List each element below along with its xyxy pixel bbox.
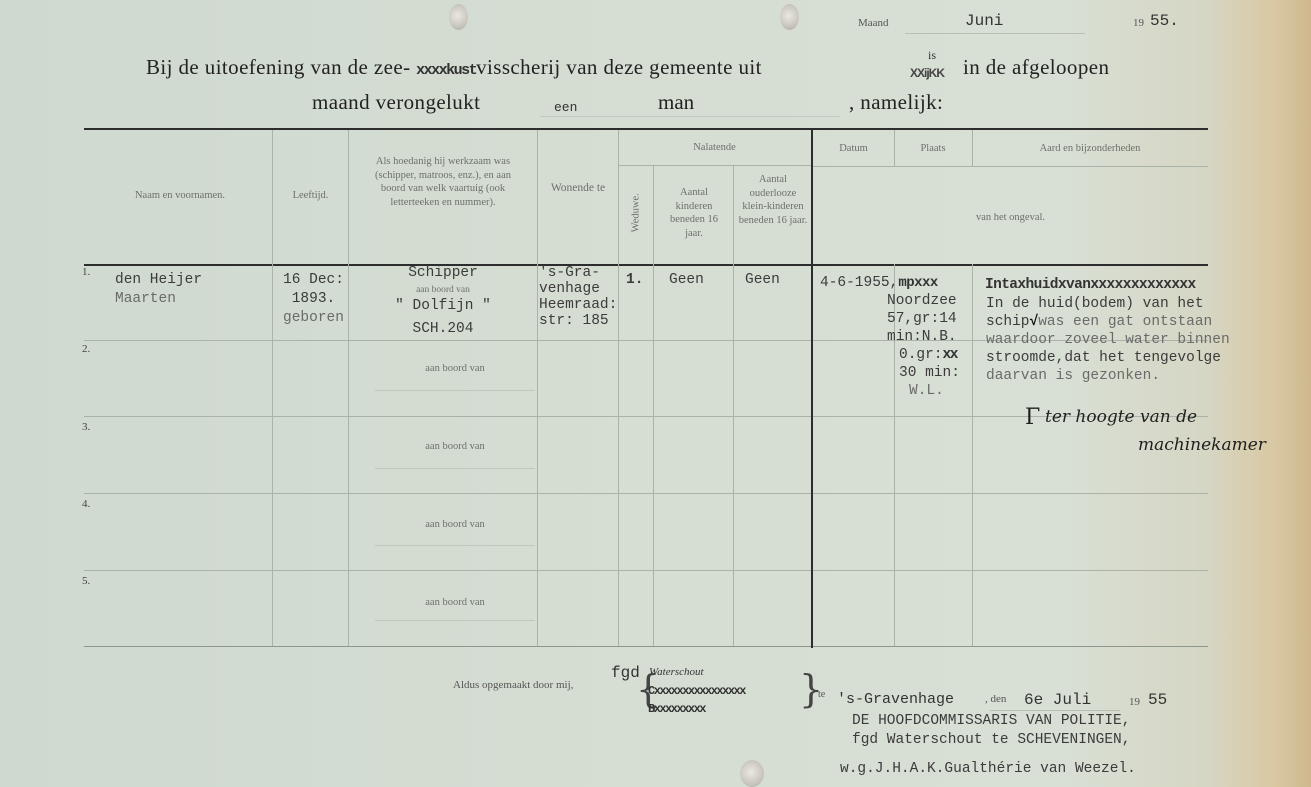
- place-line-6: W.L.: [909, 382, 944, 401]
- handwritten-note-line-2: machinekamer: [1138, 435, 1266, 455]
- widow-count: 1.: [626, 271, 643, 290]
- handwritten-note-line-1: ter hoogte van de: [1045, 407, 1197, 427]
- struck-word-kust: xxxxkust: [416, 62, 476, 79]
- count-value: een: [554, 100, 577, 115]
- place-line-1: Noordzee: [887, 292, 957, 311]
- count-underline: [540, 116, 840, 117]
- is-above: is: [928, 48, 936, 63]
- footer-year-prefix: 19: [1129, 696, 1140, 708]
- month-value: Juni: [965, 12, 1003, 30]
- accident-date: 4-6-1955,mpxxx: [820, 274, 938, 293]
- header-wonende: Wonende te: [545, 176, 611, 200]
- aan-boord-label-3: aan boord van: [350, 440, 560, 454]
- grandchildren-count: Geen: [745, 271, 780, 290]
- description-line-2: schip√was een gat ontstaan: [986, 313, 1212, 332]
- signature-line-2: fgd Waterschout te SCHEVENINGEN,: [852, 731, 1130, 750]
- struck-place-suffix: xx: [943, 347, 957, 363]
- description-line-5: daarvan is gezonken.: [986, 367, 1160, 386]
- row-number-4: 4.: [82, 498, 90, 510]
- header-kleinkinderen: Aantal ouderlooze klein-kinderen beneden…: [737, 173, 809, 227]
- aan-boord-label-2: aan boord van: [350, 362, 560, 376]
- description-line-2b: was een gat ontstaan: [1038, 314, 1212, 330]
- handwritten-note-mark: Γ: [1025, 405, 1040, 430]
- month-underline: [905, 33, 1085, 34]
- struck-word-zijn: XXijKK: [910, 66, 944, 80]
- footer-date: 6e Juli: [1024, 691, 1091, 709]
- children-count: Geen: [669, 271, 704, 290]
- name-line-1: den Heijer: [115, 271, 202, 290]
- birth-line-2: 1893.: [276, 290, 351, 309]
- aan-boord-label-1: aan boord van: [350, 284, 536, 298]
- intro-text-maand: maand verongelukt: [312, 90, 480, 115]
- signature-line-3: w.g.J.H.A.K.Gualthérie van Weezel.: [840, 760, 1136, 779]
- header-kinderen: Aantal kinderen beneden 16 jaar.: [663, 186, 725, 240]
- place-line-4-value: 0.gr:: [899, 347, 943, 363]
- struck-date-suffix: mpxxx: [898, 275, 938, 291]
- header-naam: Naam en voornamen.: [90, 189, 270, 203]
- accident-date-value: 4-6-1955,: [820, 275, 898, 291]
- struck-description: Intaxhuidxvanxxxxxxxxxxxxx: [985, 276, 1196, 295]
- punch-hole-bottom: [740, 760, 764, 787]
- place-line-3: min:N.B.: [887, 328, 957, 347]
- vessel-number: SCH.204: [350, 320, 536, 339]
- description-line-4: stroomde,dat het tengevolge: [986, 349, 1221, 368]
- footer-place: 's-Gravenhage: [837, 691, 954, 708]
- intro-text-a: Bij de uitoefening van de zee-: [146, 55, 410, 79]
- description-line-1: In de huid(bodem) van het: [986, 295, 1204, 314]
- header-weduwe: Weduwe.: [629, 183, 643, 243]
- header-datum: Datum: [813, 142, 894, 156]
- signature-line-1: DE HOOFDCOMMISSARIS VAN POLITIE,: [852, 712, 1130, 731]
- year-value: 55.: [1150, 12, 1179, 30]
- birth-line-1: 16 Dec:: [276, 271, 351, 290]
- den-label: , den: [985, 693, 1006, 705]
- header-van-het-ongeval: van het ongeval.: [813, 211, 1208, 225]
- header-leeftijd: Leeftijd.: [273, 189, 348, 203]
- name-line-2: Maarten: [115, 290, 176, 309]
- address-line-4: str: 185: [539, 312, 609, 331]
- row-number-5: 5.: [82, 575, 90, 587]
- month-label: Maand: [858, 17, 889, 29]
- row-number-2: 2.: [82, 343, 90, 355]
- footer-year: 55: [1148, 691, 1167, 709]
- intro-line-1: Bij de uitoefening van de zee- xxxxkustv…: [146, 55, 762, 80]
- date-underline: [990, 710, 1120, 711]
- year-prefix: 19: [1133, 17, 1144, 29]
- vessel-name: " Dolfijn ": [350, 297, 536, 316]
- insertion-mark-icon: √: [1030, 314, 1039, 330]
- aldus-label: Aldus opgemaakt door mij,: [453, 679, 573, 691]
- description-line-2a: schip: [986, 314, 1030, 330]
- header-plaats: Plaats: [894, 142, 972, 156]
- occupation: Schipper: [350, 264, 536, 283]
- description-line-3: waardoor zoveel water binnen: [986, 331, 1230, 350]
- aan-boord-label-5: aan boord van: [350, 596, 560, 610]
- header-nalatende: Nalatende: [618, 141, 811, 155]
- struck-line-1: Cxxxxxxxxxxxxxxxx: [648, 684, 745, 698]
- unit-value: man: [658, 90, 694, 115]
- row-number-1: 1.: [82, 266, 90, 278]
- place-line-2: 57,gr:14: [887, 310, 957, 329]
- place-line-4: 0.gr:xx: [899, 346, 957, 365]
- punch-hole-top-right: [780, 4, 799, 30]
- aan-boord-label-4: aan boord van: [350, 518, 560, 532]
- header-hoedanig: Als hoedanig hij werkzaam was (schipper,…: [362, 155, 524, 209]
- intro-text-c: in de afgeloopen: [963, 55, 1109, 80]
- intro-text-b: visscherij van deze gemeente uit: [476, 55, 762, 79]
- intro-text-namelijk: , namelijk:: [849, 90, 943, 115]
- birth-line-3: geboren: [276, 309, 351, 328]
- header-aard: Aard en bijzonderheden: [972, 142, 1208, 156]
- row-number-3: 3.: [82, 421, 90, 433]
- place-line-5: 30 min:: [899, 364, 960, 383]
- te-label: te: [818, 689, 825, 700]
- punch-hole-top-left: [449, 4, 468, 30]
- struck-line-2: Bxxxxxxxxx: [648, 702, 705, 716]
